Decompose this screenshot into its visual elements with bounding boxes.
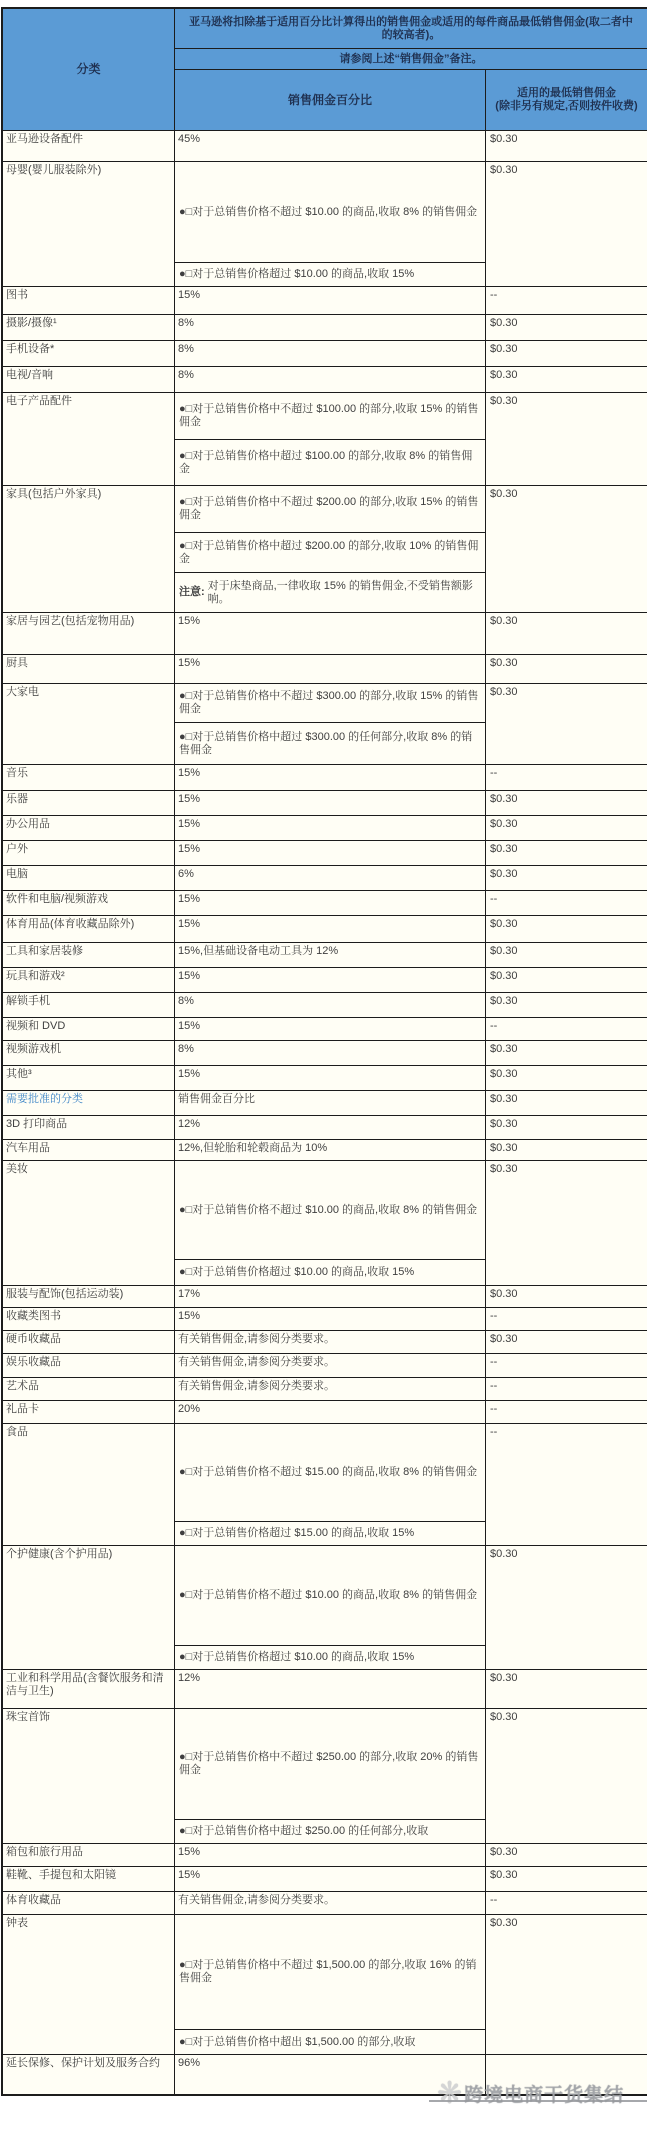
min-fee-cell: $0.30 — [486, 1546, 647, 1669]
table-row: 家具(包括户外家具)●□对于总销售价格中不超过 $200.00 的部分,收取 1… — [3, 485, 647, 612]
min-fee-cell: $0.30 — [486, 1915, 647, 2054]
category-cell: 3D 打印商品 — [3, 1116, 175, 1139]
table-body: 亚马逊设备配件45%$0.30母婴(婴儿服装除外)●□对于总销售价格不超过 $1… — [3, 130, 647, 2094]
rate-tier-bullet: ●□对于总销售价格不超过 $10.00 的商品,收取 8% 的销售佣金 — [175, 1161, 485, 1259]
category-cell: 电脑 — [3, 866, 175, 890]
rate-cell: 8% — [175, 367, 486, 392]
min-fee-cell: $0.30 — [486, 916, 647, 942]
table-row: 箱包和旅行用品15%$0.30 — [3, 1843, 647, 1866]
table-header: 分类 亚马逊将扣除基于适用百分比计算得出的销售佣金或适用的每件商品最低销售佣金(… — [3, 9, 647, 130]
rate-cell: 15% — [175, 916, 486, 942]
min-fee-cell: $0.30 — [486, 684, 647, 764]
table-row: 食品●□对于总销售价格不超过 $15.00 的商品,收取 8% 的销售佣金●□对… — [3, 1423, 647, 1545]
category-cell: 汽车用品 — [3, 1140, 175, 1160]
rate-cell: 15% — [175, 891, 486, 915]
category-cell: 视频和 DVD — [3, 1018, 175, 1040]
category-cell: 软件和电脑/视频游戏 — [3, 891, 175, 915]
min-fee-cell: -- — [486, 1892, 647, 1914]
table-row: 手机设备*8%$0.30 — [3, 340, 647, 366]
min-fee-cell: $0.30 — [486, 791, 647, 815]
min-fee-cell: -- — [486, 1401, 647, 1423]
table-row: 体育收藏品有关销售佣金,请参阅分类要求。-- — [3, 1891, 647, 1914]
min-fee-cell: $0.30 — [486, 613, 647, 654]
rate-cell: ●□对于总销售价格中不超过 $200.00 的部分,收取 15% 的销售佣金●□… — [175, 486, 486, 612]
category-cell: 户外 — [3, 841, 175, 865]
header-minfee-column: 适用的最低销售佣金 (除非另有规定,否则按件收费) — [486, 70, 647, 130]
min-fee-cell: $0.30 — [486, 486, 647, 612]
rate-cell: ●□对于总销售价格不超过 $15.00 的商品,收取 8% 的销售佣金●□对于总… — [175, 1424, 486, 1545]
rate-cell: 15% — [175, 791, 486, 815]
rate-tier-bullet: ●□对于总销售价格中超出 $1,500.00 的部分,收取 — [175, 2029, 485, 2054]
min-fee-cell: $0.30 — [486, 1867, 647, 1891]
category-cell: 收藏类图书 — [3, 1308, 175, 1330]
category-cell: 解锁手机 — [3, 993, 175, 1017]
min-fee-cell: $0.30 — [486, 131, 647, 161]
table-row: 摄影/摄像¹8%$0.30 — [3, 314, 647, 340]
min-fee-cell: $0.30 — [486, 1844, 647, 1866]
min-fee-cell: $0.30 — [486, 1116, 647, 1139]
min-fee-cell: $0.30 — [486, 655, 647, 683]
table-row: 母婴(婴儿服装除外)●□对于总销售价格不超过 $10.00 的商品,收取 8% … — [3, 161, 647, 286]
min-fee-cell: -- — [486, 1354, 647, 1377]
category-cell: 家具(包括户外家具) — [3, 486, 175, 612]
category-cell: 家居与园艺(包括宠物用品) — [3, 613, 175, 654]
min-fee-cell: $0.30 — [486, 841, 647, 865]
table-row: 电脑6%$0.30 — [3, 865, 647, 890]
rate-cell: 15% — [175, 1308, 486, 1330]
table-row: 解锁手机8%$0.30 — [3, 992, 647, 1017]
min-fee-cell: $0.30 — [486, 1041, 647, 1065]
category-cell: 鞋靴、手提包和太阳镜 — [3, 1867, 175, 1891]
rate-cell: ●□对于总销售价格不超过 $10.00 的商品,收取 8% 的销售佣金●□对于总… — [175, 1546, 486, 1669]
category-cell: 电视/音响 — [3, 367, 175, 392]
snowflake-burst-icon: ❋ — [437, 2076, 462, 2111]
category-cell: 其他³ — [3, 1066, 175, 1090]
table-row: 礼品卡20%-- — [3, 1400, 647, 1423]
category-cell: 乐器 — [3, 791, 175, 815]
category-cell: 办公用品 — [3, 816, 175, 840]
rate-cell: 有关销售佣金,请参阅分类要求。 — [175, 1378, 486, 1400]
min-fee-cell: -- — [486, 1378, 647, 1400]
category-cell: 电子产品配件 — [3, 393, 175, 485]
rate-cell: 20% — [175, 1401, 486, 1423]
category-cell: 个护健康(含个护用品) — [3, 1546, 175, 1669]
table-row: 珠宝首饰●□对于总销售价格中不超过 $250.00 的部分,收取 20% 的销售… — [3, 1708, 647, 1843]
table-row: 工具和家居装修15%,但基础设备电动工具为 12%$0.30 — [3, 942, 647, 967]
min-fee-cell: $0.30 — [486, 367, 647, 392]
table-row: 乐器15%$0.30 — [3, 790, 647, 815]
table-row: 厨具15%$0.30 — [3, 654, 647, 683]
min-fee-cell: $0.30 — [486, 1161, 647, 1285]
rate-cell: 8% — [175, 315, 486, 340]
min-fee-cell: $0.30 — [486, 393, 647, 485]
table-row: 收藏类图书15%-- — [3, 1307, 647, 1330]
rate-cell: 15% — [175, 1066, 486, 1090]
category-cell: 艺术品 — [3, 1378, 175, 1400]
header-category: 分类 — [3, 9, 175, 130]
table-row: 图书15%-- — [3, 286, 647, 314]
table-row: 服装与配饰(包括运动装)17%$0.30 — [3, 1285, 647, 1307]
rate-tier-bullet: ●□对于总销售价格不超过 $10.00 的商品,收取 8% 的销售佣金 — [175, 1546, 485, 1645]
category-cell: 美妆 — [3, 1161, 175, 1285]
rate-cell: 销售佣金百分比 — [175, 1091, 486, 1115]
rate-note: 注意:对于床垫商品,一律收取 15% 的销售佣金,不受销售额影响。 — [175, 572, 485, 612]
rate-cell: 15% — [175, 1018, 486, 1040]
category-link[interactable]: 需要批准的分类 — [3, 1091, 175, 1115]
table-row: 汽车用品12%,但轮胎和轮毂商品为 10%$0.30 — [3, 1139, 647, 1160]
header-right-block: 亚马逊将扣除基于适用百分比计算得出的销售佣金或适用的每件商品最低销售佣金(取二者… — [175, 9, 647, 130]
category-cell: 珠宝首饰 — [3, 1709, 175, 1843]
rate-cell: 45% — [175, 131, 486, 161]
rate-cell: ●□对于总销售价格不超过 $10.00 的商品,收取 8% 的销售佣金●□对于总… — [175, 162, 486, 286]
table-row: 音乐15%-- — [3, 764, 647, 790]
rate-tier-bullet: ●□对于总销售价格中不超过 $100.00 的部分,收取 15% 的销售佣金 — [175, 393, 485, 439]
min-fee-cell: $0.30 — [486, 1331, 647, 1353]
table-row: 娱乐收藏品有关销售佣金,请参阅分类要求。-- — [3, 1353, 647, 1377]
min-fee-cell: -- — [486, 287, 647, 314]
table-row: 个护健康(含个护用品)●□对于总销售价格不超过 $10.00 的商品,收取 8%… — [3, 1545, 647, 1669]
category-cell: 视频游戏机 — [3, 1041, 175, 1065]
rate-tier-bullet: ●□对于总销售价格中不超过 $1,500.00 的部分,收取 16% 的销售佣金 — [175, 1915, 485, 2029]
rate-cell: 6% — [175, 866, 486, 890]
table-row: 硬币收藏品有关销售佣金,请参阅分类要求。$0.30 — [3, 1330, 647, 1353]
min-fee-cell: $0.30 — [486, 162, 647, 286]
min-fee-cell: $0.30 — [486, 943, 647, 967]
category-cell: 音乐 — [3, 765, 175, 790]
rate-cell: 15% — [175, 841, 486, 865]
table-row: 软件和电脑/视频游戏15%-- — [3, 890, 647, 915]
table-row: 家居与园艺(包括宠物用品)15%$0.30 — [3, 612, 647, 654]
table-row: 玩具和游戏²15%$0.30 — [3, 967, 647, 992]
min-fee-cell: $0.30 — [486, 1709, 647, 1843]
min-fee-cell: $0.30 — [486, 993, 647, 1017]
rate-note-body: 对于床垫商品,一律收取 15% 的销售佣金,不受销售额影响。 — [208, 580, 481, 606]
min-fee-cell: $0.30 — [486, 968, 647, 992]
header-rate-column: 销售佣金百分比 — [175, 70, 486, 130]
rate-tier-bullet: ●□对于总销售价格中不超过 $200.00 的部分,收取 15% 的销售佣金 — [175, 486, 485, 532]
rate-tier-bullet: ●□对于总销售价格不超过 $10.00 的商品,收取 8% 的销售佣金 — [175, 162, 485, 262]
rate-tier-bullet: ●□对于总销售价格中超过 $100.00 的部分,收取 8% 的销售佣金 — [175, 439, 485, 485]
rate-cell: 15% — [175, 655, 486, 683]
rate-tier-bullet: ●□对于总销售价格超过 $10.00 的商品,收取 15% — [175, 1259, 485, 1285]
category-cell: 工具和家居装修 — [3, 943, 175, 967]
rate-cell: 有关销售佣金,请参阅分类要求。 — [175, 1892, 486, 1914]
rate-tier-bullet: ●□对于总销售价格超过 $10.00 的商品,收取 15% — [175, 262, 485, 286]
rate-cell: ●□对于总销售价格不超过 $10.00 的商品,收取 8% 的销售佣金●□对于总… — [175, 1161, 486, 1285]
rate-cell: 15%,但基础设备电动工具为 12% — [175, 943, 486, 967]
rate-tier-bullet: ●□对于总销售价格中超过 $300.00 的任何部分,收取 8% 的销售佣金 — [175, 722, 485, 764]
table-row: 电视/音响8%$0.30 — [3, 366, 647, 392]
table-row: 视频游戏机8%$0.30 — [3, 1040, 647, 1065]
category-cell: 硬币收藏品 — [3, 1331, 175, 1353]
min-fee-cell: $0.30 — [486, 1066, 647, 1090]
category-cell: 厨具 — [3, 655, 175, 683]
category-cell: 延长保修、保护计划及服务合约 — [3, 2055, 175, 2094]
rate-cell: 12% — [175, 1670, 486, 1708]
rate-cell: 8% — [175, 341, 486, 366]
min-fee-cell: $0.30 — [486, 816, 647, 840]
category-cell: 手机设备* — [3, 341, 175, 366]
table-row: 体育用品(体育收藏品除外)15%$0.30 — [3, 915, 647, 942]
rate-cell: 15% — [175, 1867, 486, 1891]
watermark-text: 跨境电商干货集结 — [464, 2080, 624, 2107]
rate-tier-bullet: ●□对于总销售价格中不超过 $250.00 的部分,收取 20% 的销售佣金 — [175, 1709, 485, 1819]
rate-cell: 15% — [175, 1844, 486, 1866]
category-cell: 钟表 — [3, 1915, 175, 2054]
min-fee-cell: $0.30 — [486, 1091, 647, 1115]
rate-cell: 15% — [175, 287, 486, 314]
min-fee-cell: -- — [486, 1424, 647, 1545]
table-row: 鞋靴、手提包和太阳镜15%$0.30 — [3, 1866, 647, 1891]
rate-cell: 15% — [175, 765, 486, 790]
rate-cell: ●□对于总销售价格中不超过 $1,500.00 的部分,收取 16% 的销售佣金… — [175, 1915, 486, 2054]
category-cell: 摄影/摄像¹ — [3, 315, 175, 340]
rate-tier-bullet: ●□对于总销售价格中超过 $200.00 的部分,收取 10% 的销售佣金 — [175, 532, 485, 572]
watermark-strikethrough-line — [429, 2100, 647, 2102]
table-row: 其他³15%$0.30 — [3, 1065, 647, 1090]
min-fee-cell: $0.30 — [486, 315, 647, 340]
table-row: 办公用品15%$0.30 — [3, 815, 647, 840]
category-cell: 亚马逊设备配件 — [3, 131, 175, 161]
table-row: 亚马逊设备配件45%$0.30 — [3, 130, 647, 161]
table-row: 户外15%$0.30 — [3, 840, 647, 865]
table-row: 工业和科学用品(含餐饮服务和清洁与卫生)12%$0.30 — [3, 1669, 647, 1708]
rate-cell: 12%,但轮胎和轮毂商品为 10% — [175, 1140, 486, 1160]
min-fee-cell: $0.30 — [486, 1286, 647, 1307]
min-fee-cell: $0.30 — [486, 341, 647, 366]
min-fee-cell: -- — [486, 1308, 647, 1330]
rate-cell: ●□对于总销售价格中不超过 $250.00 的部分,收取 20% 的销售佣金●□… — [175, 1709, 486, 1843]
rate-cell: 8% — [175, 1041, 486, 1065]
min-fee-cell: -- — [486, 1018, 647, 1040]
rate-cell: 8% — [175, 993, 486, 1017]
category-cell: 工业和科学用品(含餐饮服务和清洁与卫生) — [3, 1670, 175, 1708]
category-cell: 体育用品(体育收藏品除外) — [3, 916, 175, 942]
min-fee-cell: $0.30 — [486, 866, 647, 890]
header-columns: 销售佣金百分比 适用的最低销售佣金 (除非另有规定,否则按件收费) — [175, 70, 647, 130]
rate-cell: ●□对于总销售价格中不超过 $300.00 的部分,收取 15% 的销售佣金●□… — [175, 684, 486, 764]
min-fee-cell: -- — [486, 765, 647, 790]
rate-cell: 12% — [175, 1116, 486, 1139]
category-cell: 体育收藏品 — [3, 1892, 175, 1914]
category-cell: 礼品卡 — [3, 1401, 175, 1423]
rate-cell: 15% — [175, 613, 486, 654]
watermark: ❋ 跨境电商干货集结 — [437, 2076, 647, 2111]
min-fee-cell: $0.30 — [486, 1670, 647, 1708]
category-cell: 服装与配饰(包括运动装) — [3, 1286, 175, 1307]
category-cell: 玩具和游戏² — [3, 968, 175, 992]
rate-cell: 有关销售佣金,请参阅分类要求。 — [175, 1331, 486, 1353]
rate-cell: 有关销售佣金,请参阅分类要求。 — [175, 1354, 486, 1377]
header-minfee-sub: (除非另有规定,否则按件收费) — [495, 100, 637, 113]
referral-fee-table: 分类 亚马逊将扣除基于适用百分比计算得出的销售佣金或适用的每件商品最低销售佣金(… — [1, 7, 647, 2096]
rate-tier-bullet: ●□对于总销售价格超过 $10.00 的商品,收取 15% — [175, 1645, 485, 1669]
rate-cell: 17% — [175, 1286, 486, 1307]
table-row: 美妆●□对于总销售价格不超过 $10.00 的商品,收取 8% 的销售佣金●□对… — [3, 1160, 647, 1285]
table-row: 视频和 DVD15%-- — [3, 1017, 647, 1040]
category-cell: 娱乐收藏品 — [3, 1354, 175, 1377]
rate-tier-bullet: ●□对于总销售价格中不超过 $300.00 的部分,收取 15% 的销售佣金 — [175, 684, 485, 722]
rate-tier-bullet: ●□对于总销售价格中超过 $250.00 的任何部分,收取 — [175, 1819, 485, 1843]
table-row: 钟表●□对于总销售价格中不超过 $1,500.00 的部分,收取 16% 的销售… — [3, 1914, 647, 2054]
rate-cell: 15% — [175, 968, 486, 992]
category-cell: 箱包和旅行用品 — [3, 1844, 175, 1866]
rate-tier-bullet: ●□对于总销售价格超过 $15.00 的商品,收取 15% — [175, 1521, 485, 1545]
table-row: 3D 打印商品12%$0.30 — [3, 1115, 647, 1139]
category-cell: 母婴(婴儿服装除外) — [3, 162, 175, 286]
rate-cell: 15% — [175, 816, 486, 840]
min-fee-cell: $0.30 — [486, 1140, 647, 1160]
category-cell: 图书 — [3, 287, 175, 314]
min-fee-cell: -- — [486, 891, 647, 915]
table-row: 大家电●□对于总销售价格中不超过 $300.00 的部分,收取 15% 的销售佣… — [3, 683, 647, 764]
rate-tier-bullet: ●□对于总销售价格不超过 $15.00 的商品,收取 8% 的销售佣金 — [175, 1424, 485, 1521]
header-top-note: 亚马逊将扣除基于适用百分比计算得出的销售佣金或适用的每件商品最低销售佣金(取二者… — [175, 9, 647, 49]
table-row: 电子产品配件●□对于总销售价格中不超过 $100.00 的部分,收取 15% 的… — [3, 392, 647, 485]
header-sub-note: 请参阅上述“销售佣金”备注。 — [175, 49, 647, 70]
table-row: 艺术品有关销售佣金,请参阅分类要求。-- — [3, 1377, 647, 1400]
category-cell: 食品 — [3, 1424, 175, 1545]
rate-note-prefix: 注意: — [179, 586, 205, 599]
table-row: 需要批准的分类销售佣金百分比$0.30 — [3, 1090, 647, 1115]
category-cell: 大家电 — [3, 684, 175, 764]
header-minfee-title: 适用的最低销售佣金 — [517, 87, 616, 100]
rate-cell: ●□对于总销售价格中不超过 $100.00 的部分,收取 15% 的销售佣金●□… — [175, 393, 486, 485]
